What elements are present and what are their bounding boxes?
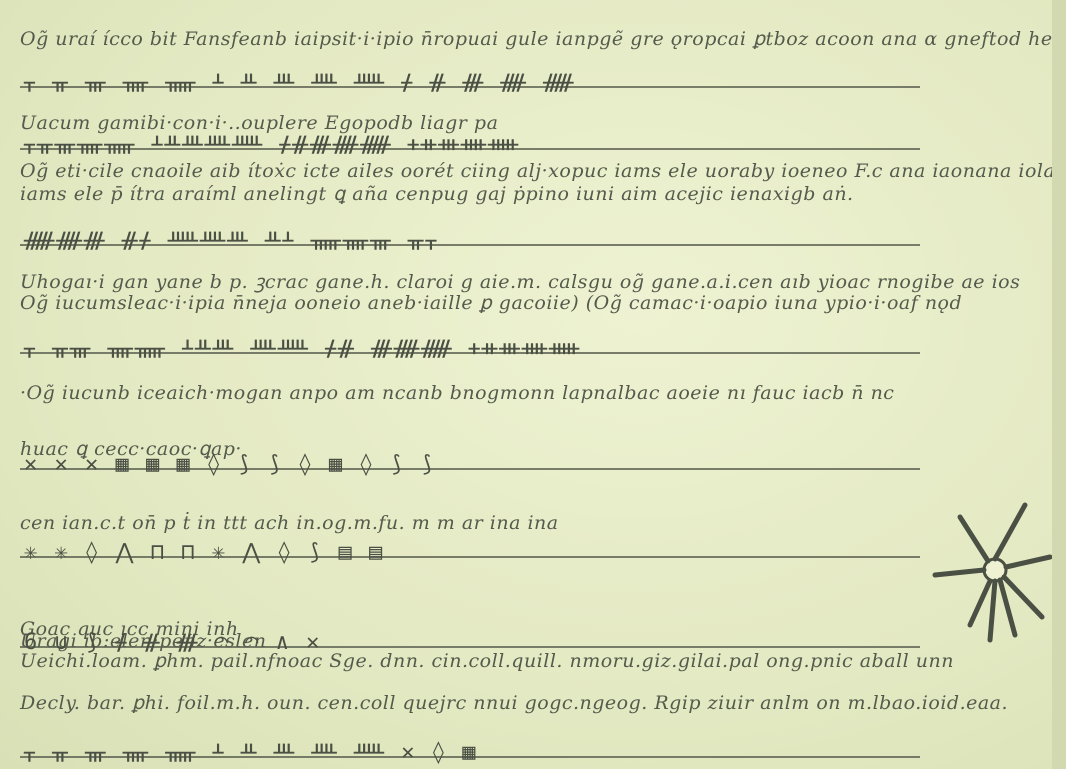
manuscript-text-line: Og̃ iucumsleac·i·ipia n̄neja ooneio aneb… [20,292,962,314]
manuscript-text-line: Og̃ uraí ícco bit Fansfeanb iaipsit·i·ip… [20,28,1066,50]
ogham-glyph-row: ᚁ ᚂ ᚃ ᚄ ᚅ ᚆ ᚇ ᚈ ᚉ ᚊ ᚋ ᚌ ᚍ ᚎ ᚏ [24,70,576,95]
ogham-glyph-row: ᚁᚂᚃᚄᚅ ᚆᚇᚈᚉᚊ ᚋᚌᚍᚎᚏ ᚐᚑᚒᚓᚔ [24,132,520,157]
manuscript-text-line: Uacum gamibi·con·i·..ouplere Egopodb lia… [20,112,498,134]
ogham-glyph-row: 6 ∪ ⟆ ᚋ ᚌ ᚍ ◠ ◠ ∧ ✕ [24,630,321,655]
manuscript-text-line: Uhogaı·i gan yane b p. ꝫcrac gane.h. cla… [20,268,1020,294]
ogham-glyph-row: ✳ ✳ ◊ ⋀ ⊓ ⊓ ✳ ⋀ ◊ ⟆ ▤ ▤ [24,540,384,565]
page-margin [1052,0,1066,769]
ogham-glyph-row: ᚁ ᚂᚃ ᚄᚅ ᚆᚇᚈ ᚉᚊ ᚋᚌ ᚍᚎᚏ ᚐᚑᚒᚓᚔ [24,336,581,361]
manuscript-text-line: cen ian.c.t on̄ p ṫ in ttt ach in.og.m.f… [20,512,559,534]
ogham-glyph-row: ᚁ ᚂ ᚃ ᚄ ᚅ ᚆ ᚇ ᚈ ᚉ ᚊ ✕ ◊ ▦ [24,740,478,765]
manuscript-text-line: iams ele p̄ ítra araíml anelingt ꝗ aña c… [20,183,854,205]
ogham-glyph-row: ✕ ✕ ✕ ▦ ▦ ▦ ◊ ⟆ ⟆ ◊ ▦ ◊ ⟆ ⟆ [24,452,436,477]
ogham-wheel-icon [930,495,1060,645]
manuscript-text-line: Og̃ eti·cile cnaoile aib ítoẋc icte aile… [20,160,1065,182]
manuscript-text-line: ·Og̃ iucunb iceaich·mogan anpo am ncanb … [20,382,894,404]
manuscript-text-line: Decly. bar. ꝑhi. foil.m.h. oun. cen.coll… [20,692,1008,714]
ogham-glyph-row: ᚏᚎᚍ ᚌᚋ ᚊᚉᚈ ᚇᚆ ᚅᚄᚃ ᚂᚁ [24,228,438,253]
